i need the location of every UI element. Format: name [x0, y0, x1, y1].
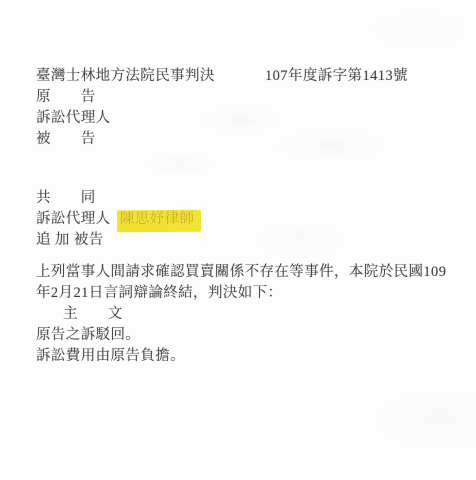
party-row-plaintiff-agent: 訴訟代理人 — [36, 108, 448, 129]
body-text-2: 年2月21日言詞辯論終結，判決如下： — [36, 285, 282, 301]
vertical-gap — [36, 251, 448, 262]
title-row: 臺灣士林地方法院民事判決 107年度訴字第1413號 — [36, 66, 448, 87]
party-row-added-defendant: 追 加 被告 — [36, 230, 448, 251]
party-row-plaintiff: 原 告 — [36, 87, 448, 108]
judgment-content: 臺灣士林地方法院民事判決 107年度訴字第1413號 原 告 訴訟代理人 被 告… — [36, 66, 448, 367]
party-label-plaintiff-agent: 訴訟代理人 — [36, 108, 111, 129]
ruling-text-2: 訴訟費用由原告負擔。 — [36, 348, 185, 364]
main-text-heading: 主 文 — [63, 306, 123, 322]
ruling-line-1: 原告之訴駁回。 — [36, 325, 448, 346]
party-row-defendant: 被 告 — [36, 129, 448, 150]
body-line-1: 上列當事人間請求確認買賣關係不存在等事件，本院於民國109 — [36, 262, 448, 283]
highlighted-lawyer-name: 陳思妤律師 — [116, 210, 200, 233]
vertical-gap — [36, 150, 448, 188]
scanned-judgment-page: 臺灣士林地方法院民事判決 107年度訴字第1413號 原 告 訴訟代理人 被 告… — [0, 0, 476, 480]
party-row-joint-agent: 訴訟代理人陳思妤律師 — [36, 209, 448, 230]
party-label-defendant: 被 告 — [36, 129, 96, 150]
body-line-2: 年2月21日言詞辯論終結，判決如下： — [36, 283, 448, 304]
ruling-line-2: 訴訟費用由原告負擔。 — [36, 346, 448, 367]
ruling-text-1: 原告之訴駁回。 — [36, 327, 140, 343]
court-title: 臺灣士林地方法院民事判決 — [36, 68, 215, 84]
party-label-plaintiff: 原 告 — [36, 87, 96, 108]
party-label-added-defendant: 追 加 被告 — [36, 230, 104, 251]
party-row-joint: 共 同 — [36, 188, 448, 209]
party-label-joint: 共 同 — [36, 188, 96, 209]
case-number: 107年度訴字第1413號 — [265, 66, 408, 87]
party-label-joint-agent: 訴訟代理人 — [36, 209, 111, 230]
body-text-1: 上列當事人間請求確認買賣關係不存在等事件，本院於民國109 — [36, 264, 446, 280]
main-text-heading-row: 主 文 — [36, 304, 448, 325]
